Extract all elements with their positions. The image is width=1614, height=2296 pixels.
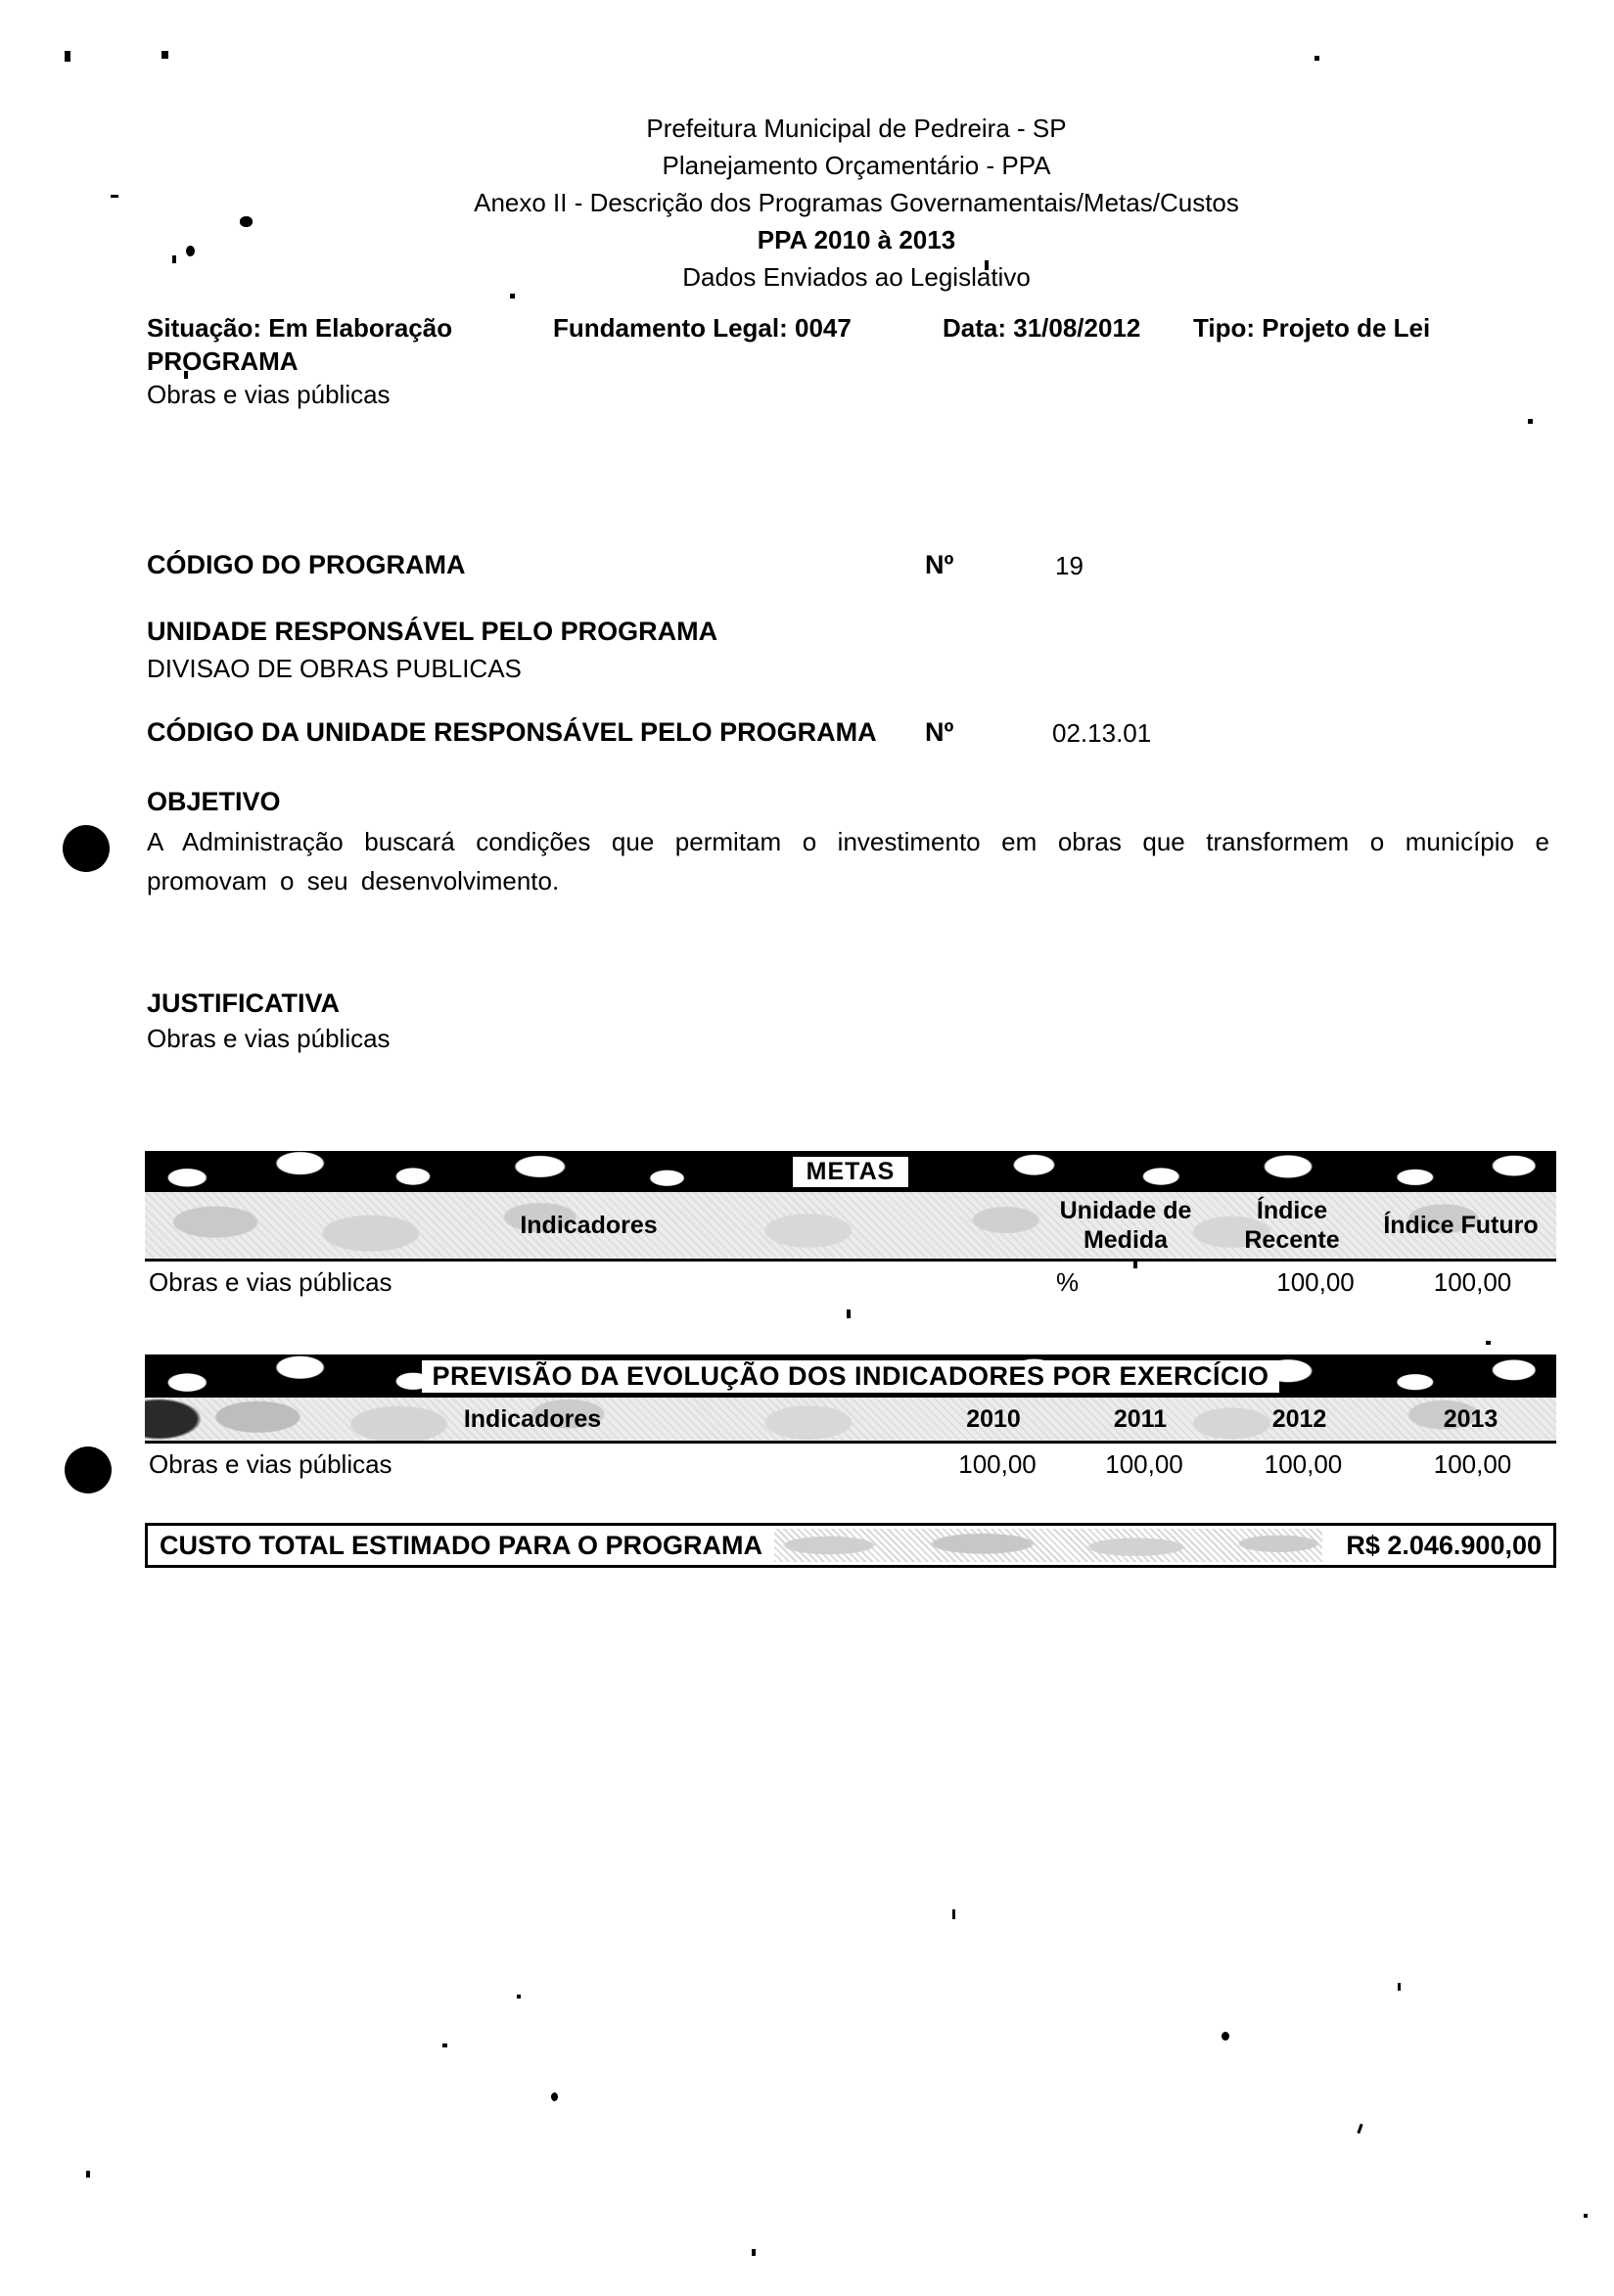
scan-speckle: [184, 371, 188, 379]
header-line-annex: Anexo II - Descrição dos Programas Gover…: [98, 184, 1614, 221]
codigo-programa-label: CÓDIGO DO PROGRAMA: [147, 550, 466, 580]
unidade-responsavel-value: DIVISAO DE OBRAS PUBLICAS: [147, 654, 522, 684]
codigo-programa-value: 19: [1055, 551, 1084, 581]
previsao-table: PREVISÃO DA EVOLUÇÃO DOS INDICADORES POR…: [145, 1355, 1556, 1481]
scan-speckle: [1357, 2124, 1362, 2134]
scan-speckle: [952, 1909, 955, 1919]
tipo-label: Tipo: Projeto de Lei: [1193, 313, 1430, 344]
metas-row-indicador: Obras e vias públicas: [145, 1265, 1037, 1299]
header-line-ppa-period: PPA 2010 à 2013: [98, 221, 1614, 258]
metas-col-indicadores: Indicadores: [145, 1192, 1033, 1259]
previsao-title: PREVISÃO DA EVOLUÇÃO DOS INDICADORES POR…: [422, 1360, 1278, 1393]
metas-row-recente: 100,00: [1242, 1265, 1389, 1299]
programa-value: Obras e vias públicas: [147, 380, 391, 410]
unidade-responsavel-label: UNIDADE RESPONSÁVEL PELO PROGRAMA: [147, 617, 717, 647]
objetivo-label: OBJETIVO: [147, 787, 281, 817]
metas-col-indice-recente: Índice Recente: [1219, 1192, 1365, 1259]
scan-speckle: [1222, 2032, 1229, 2041]
metas-col-unidade-medida: Unidade de Medida: [1033, 1192, 1219, 1259]
scan-speckle: [186, 246, 195, 256]
objetivo-text: A Administração buscará condições que pe…: [147, 822, 1549, 900]
previsao-header-row: Indicadores 2010 2011 2012 2013: [145, 1398, 1556, 1444]
scan-speckle: [1314, 56, 1319, 61]
scan-speckle: [517, 1995, 521, 1998]
metas-table: METAS Indicadores Unidade de Medida Índi…: [145, 1151, 1556, 1299]
previsao-row-2012: 100,00: [1218, 1447, 1389, 1481]
codigo-programa-numero-label: Nº: [925, 550, 953, 580]
header-line-institution: Prefeitura Municipal de Pedreira - SP: [98, 110, 1614, 147]
previsao-row-2011: 100,00: [1071, 1447, 1218, 1481]
justificativa-label: JUSTIFICATIVA: [147, 988, 340, 1019]
scan-speckle: [65, 51, 70, 62]
custo-total-bar: CUSTO TOTAL ESTIMADO PARA O PROGRAMA R$ …: [145, 1523, 1556, 1568]
scan-speckle: [172, 255, 176, 263]
scan-speckle: [985, 260, 989, 270]
data-label: Data: 31/08/2012: [943, 313, 1140, 344]
scanned-document-page: Prefeitura Municipal de Pedreira - SP Pl…: [0, 0, 1614, 2296]
previsao-col-2013: 2013: [1385, 1398, 1556, 1441]
scan-speckle: [111, 195, 118, 198]
metas-title: METAS: [793, 1157, 909, 1187]
justificativa-text: Obras e vias públicas: [147, 1024, 391, 1054]
previsao-row-2013: 100,00: [1389, 1447, 1556, 1481]
situacao-label: Situação: Em Elaboração: [147, 313, 452, 344]
metas-data-row: Obras e vias públicas % 100,00 100,00: [145, 1265, 1556, 1299]
document-header: Prefeitura Municipal de Pedreira - SP Pl…: [98, 110, 1614, 296]
hole-punch-mark: [63, 825, 110, 872]
metas-row-futuro: 100,00: [1389, 1265, 1556, 1299]
previsao-col-indicadores: Indicadores: [145, 1398, 920, 1441]
previsao-col-2011: 2011: [1067, 1398, 1214, 1441]
scan-speckle: [1584, 2214, 1588, 2218]
scan-speckle: [161, 51, 168, 59]
metas-header-row: Indicadores Unidade de Medida Índice Rec…: [145, 1192, 1556, 1262]
scan-speckle: [240, 216, 253, 227]
previsao-row-2010: 100,00: [924, 1447, 1071, 1481]
previsao-row-indicador: Obras e vias públicas: [145, 1447, 924, 1481]
programa-label: PROGRAMA: [147, 346, 299, 377]
hole-punch-mark: [65, 1446, 112, 1493]
scan-speckle: [752, 2249, 756, 2256]
header-line-status: Dados Enviados ao Legislativo: [98, 258, 1614, 296]
metas-row-unidade: %: [1037, 1265, 1242, 1299]
codigo-unidade-label: CÓDIGO DA UNIDADE RESPONSÁVEL PELO PROGR…: [147, 717, 877, 748]
custo-total-value: R$ 2.046.900,00: [1346, 1531, 1542, 1561]
scan-speckle: [1398, 1983, 1401, 1991]
codigo-unidade-numero-label: Nº: [925, 717, 953, 748]
previsao-title-bar: PREVISÃO DA EVOLUÇÃO DOS INDICADORES POR…: [145, 1355, 1556, 1398]
metas-col-indice-futuro: Índice Futuro: [1365, 1192, 1556, 1259]
fundamento-legal-label: Fundamento Legal: 0047: [553, 313, 852, 344]
custo-total-label: CUSTO TOTAL ESTIMADO PARA O PROGRAMA: [160, 1531, 762, 1561]
scan-speckle: [847, 1309, 851, 1318]
scan-speckle: [1133, 1261, 1137, 1268]
previsao-col-2010: 2010: [920, 1398, 1067, 1441]
header-line-department: Planejamento Orçamentário - PPA: [98, 147, 1614, 184]
scan-speckle: [510, 294, 515, 298]
metas-title-bar: METAS: [145, 1151, 1556, 1192]
scan-speckle: [1528, 419, 1533, 424]
scan-noise-band: [774, 1529, 1322, 1562]
scan-speckle: [442, 2043, 447, 2047]
scan-speckle: [1486, 1341, 1491, 1345]
scan-speckle: [86, 2171, 90, 2178]
codigo-unidade-value: 02.13.01: [1052, 718, 1151, 749]
scan-speckle: [551, 2092, 558, 2101]
previsao-data-row: Obras e vias públicas 100,00 100,00 100,…: [145, 1447, 1556, 1481]
previsao-col-2012: 2012: [1214, 1398, 1385, 1441]
